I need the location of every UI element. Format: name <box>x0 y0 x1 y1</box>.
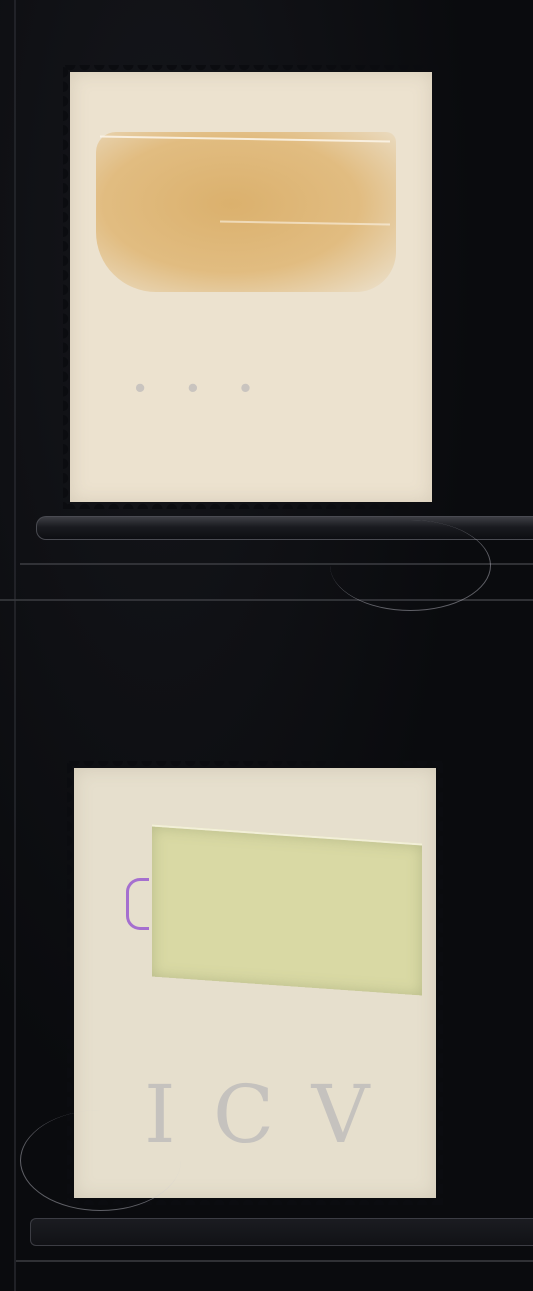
hinge-remnant <box>96 132 396 292</box>
scratch-mark <box>20 1110 181 1211</box>
stock-card: · · · I C V <box>0 0 533 1291</box>
scratch-mark <box>330 520 491 611</box>
card-ruling <box>16 1260 533 1262</box>
hinge-remnant <box>152 825 422 996</box>
retaining-strip <box>30 1218 533 1246</box>
pencil-mark <box>126 878 149 930</box>
stamp-back-top: · · · <box>70 72 432 502</box>
card-edge-line <box>14 0 16 1291</box>
show-through-print: · · · <box>130 352 262 426</box>
show-through-print: I C V <box>144 1068 375 1161</box>
